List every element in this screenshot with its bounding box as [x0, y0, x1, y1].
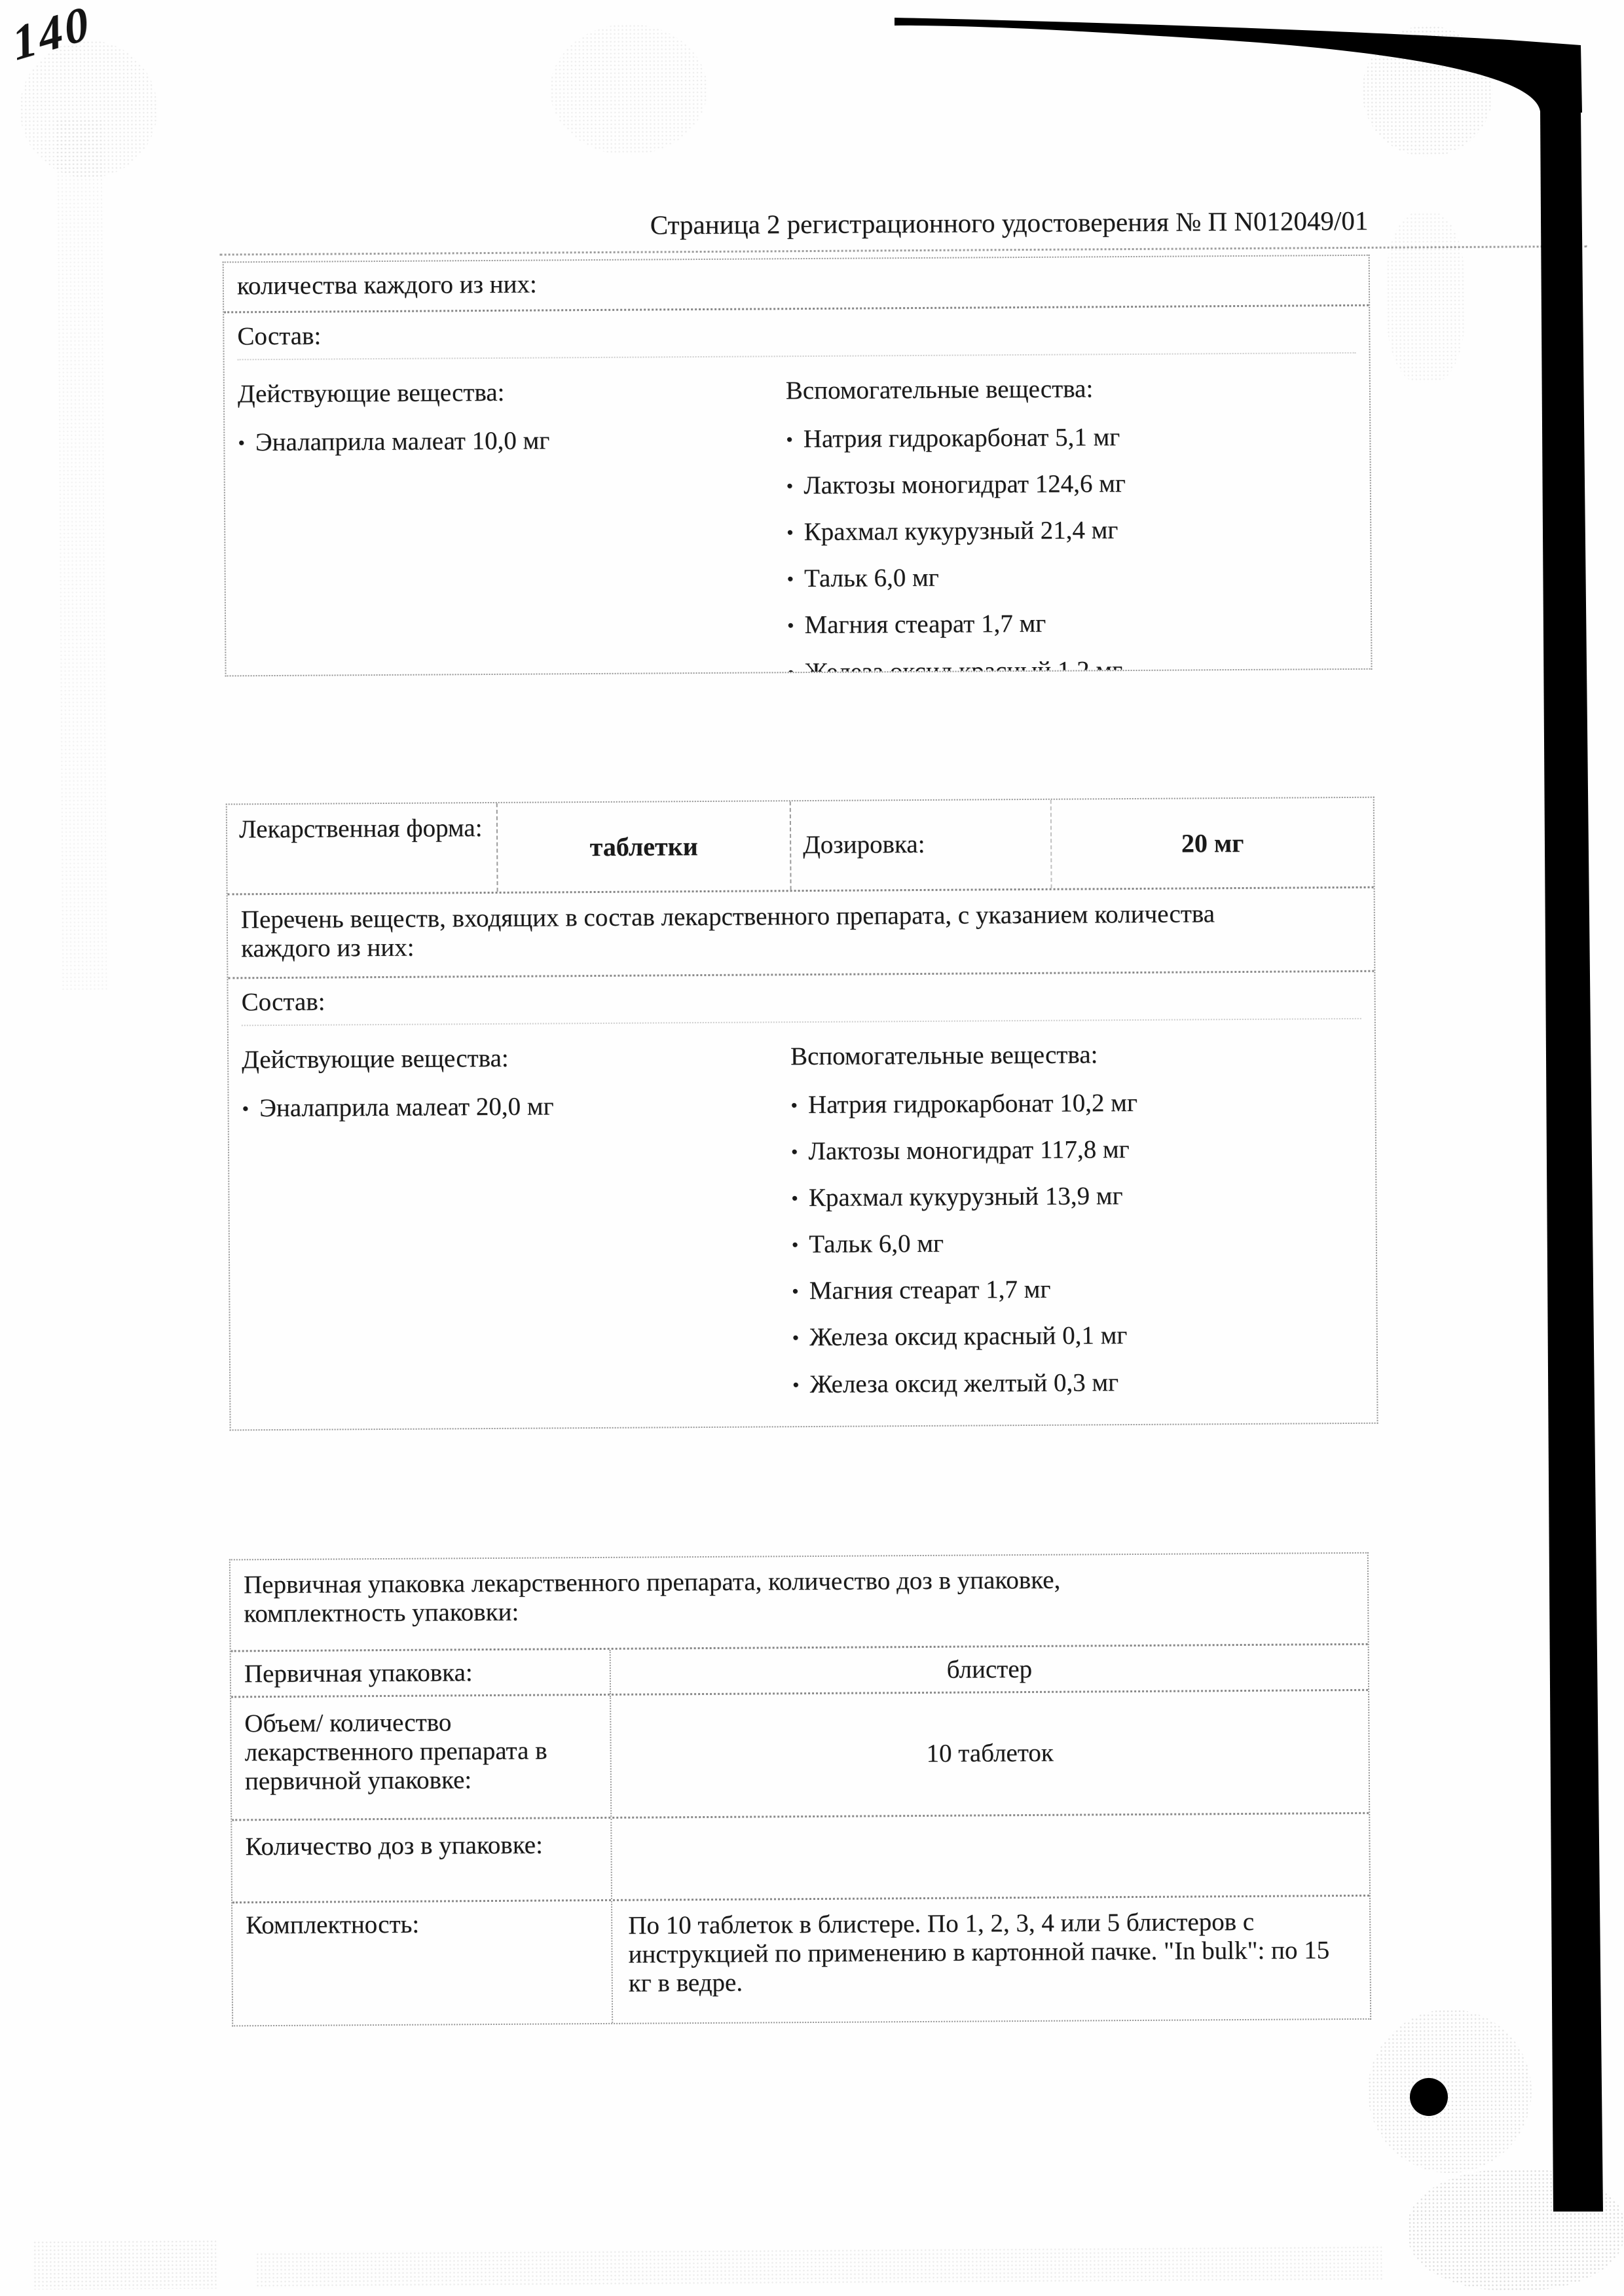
dosage-form-table-20mg: Лекарственная форма: таблетки Дозировка:… [226, 797, 1378, 1431]
active-substances-list: Эналаприла малеат 20,0 мг [242, 1091, 771, 1123]
horizontal-rule [220, 246, 1587, 256]
excipient-item: Железа оксид желтый 0,3 мг [792, 1366, 1363, 1398]
carryover-line: количества каждого из них: [224, 256, 1369, 314]
page-title: Страница 2 регистрационного удостоверени… [223, 205, 1368, 244]
packaging-header: Первичная упаковка лекарственного препар… [231, 1554, 1368, 1652]
excipient-item: Крахмал кукурузный 13,9 мг [791, 1180, 1362, 1212]
excipient-item: Тальк 6,0 мг [792, 1227, 1363, 1259]
scan-noise [255, 2246, 1382, 2289]
volume-per-pack-value: 10 таблеток [610, 1691, 1369, 1817]
dosage-form-label: Лекарственная форма: [227, 803, 498, 894]
excipients-header: Вспомогательные вещества: [786, 373, 1356, 405]
excipient-item: Крахмал кукурузный 21,4 мг [786, 515, 1357, 547]
composition-label: Состав: [237, 316, 1356, 360]
substances-list-header: Перечень веществ, входящих в состав лека… [228, 888, 1375, 979]
dosage-form-header-row: Лекарственная форма: таблетки Дозировка:… [227, 798, 1374, 896]
composition-body-20mg: Состав: Действующие вещества: Эналаприла… [228, 972, 1376, 1427]
document-content: 140 Страница 2 регистрационного удостове… [0, 0, 1624, 2296]
primary-packaging-value: блистер [610, 1645, 1368, 1694]
excipient-item: Натрия гидрокарбонат 10,2 мг [790, 1087, 1361, 1120]
dosage-value: 20 мг [1052, 798, 1374, 888]
excipients-list: Натрия гидрокарбонат 10,2 мгЛактозы моно… [790, 1087, 1363, 1399]
faded-stamp [1367, 2009, 1532, 2174]
excipient-item: Тальк 6,0 мг [786, 561, 1357, 593]
scan-noise [56, 119, 107, 990]
active-substances-list: Эналаприла малеат 10,0 мг [238, 426, 766, 458]
volume-per-pack-label: Объем/ количество лекарственного препара… [231, 1696, 610, 1819]
excipient-item: Железа оксид красный 0,1 мг [792, 1320, 1363, 1352]
handwritten-page-number: 140 [8, 0, 95, 73]
dosage-form-value: таблетки [498, 801, 792, 892]
doses-per-pack-value [610, 1814, 1369, 1899]
packaging-table: Первичная упаковка лекарственного препар… [229, 1552, 1371, 2027]
scanned-document-page: 140 Страница 2 регистрационного удостове… [0, 0, 1624, 2296]
active-substances-header: Действующие вещества: [238, 377, 766, 409]
faded-stamp [550, 24, 708, 155]
scan-noise [33, 2240, 216, 2290]
composition-table-10mg: количества каждого из них: Состав: Дейст… [223, 255, 1373, 677]
table-row: Комплектность: По 10 таблеток в блистере… [232, 1897, 1370, 2026]
table-row: Первичная упаковка: блистер [231, 1645, 1368, 1698]
excipient-item: Железа оксид красный 1,2 мг [787, 654, 1357, 676]
excipient-item: Лактозы моногидрат 117,8 мг [791, 1134, 1362, 1166]
doses-per-pack-label: Количество доз в упаковке: [232, 1819, 611, 1902]
faded-stamp [1362, 26, 1494, 157]
primary-packaging-label: Первичная упаковка: [231, 1650, 610, 1697]
scan-noise [1386, 212, 1466, 383]
composition-body-10mg: Состав: Действующие вещества: Эналаприла… [224, 306, 1371, 677]
excipients-list: Натрия гидрокарбонат 5,1 мгЛактозы моног… [786, 422, 1358, 676]
composition-label: Состав: [241, 981, 1361, 1027]
table-row: Количество доз в упаковке: [232, 1814, 1369, 1904]
active-substances-header: Действующие вещества: [242, 1042, 771, 1074]
active-substance-item: Эналаприла малеат 10,0 мг [238, 426, 766, 458]
active-substance-item: Эналаприла малеат 20,0 мг [242, 1091, 771, 1123]
completeness-value: По 10 таблеток в блистере. По 1, 2, 3, 4… [611, 1897, 1370, 2023]
completeness-label: Комплектность: [232, 1901, 612, 2026]
excipients-header: Вспомогательные вещества: [790, 1039, 1361, 1071]
faded-stamp [1408, 2168, 1624, 2291]
excipient-item: Натрия гидрокарбонат 5,1 мг [786, 422, 1356, 454]
excipient-item: Магния стеарат 1,7 мг [787, 608, 1357, 640]
dosage-label: Дозировка: [791, 800, 1052, 890]
excipient-item: Лактозы моногидрат 124,6 мг [786, 468, 1357, 500]
excipient-item: Магния стеарат 1,7 мг [792, 1273, 1363, 1305]
table-row: Объем/ количество лекарственного препара… [231, 1691, 1369, 1821]
